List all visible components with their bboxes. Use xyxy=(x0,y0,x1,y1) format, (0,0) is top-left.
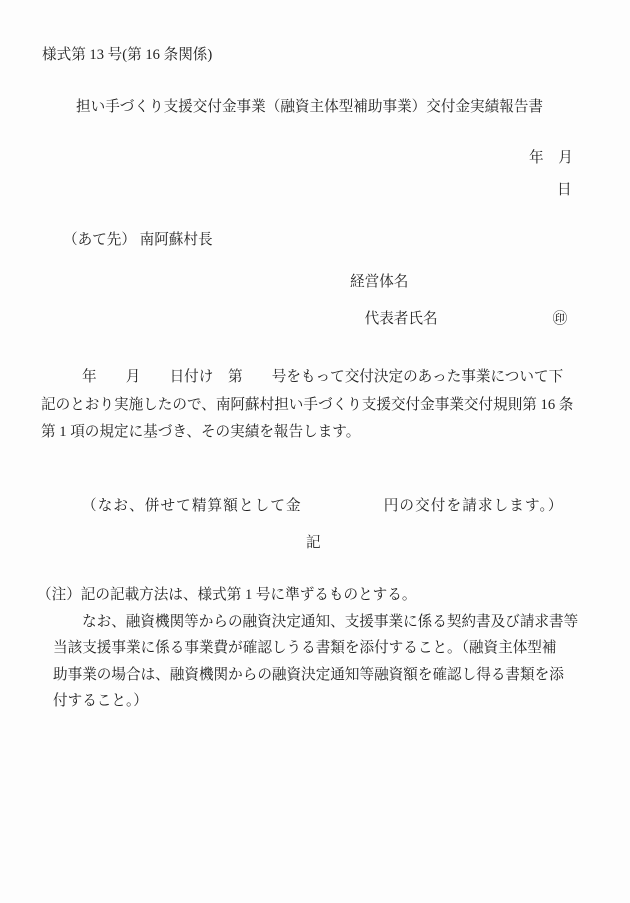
addressee-line: （あて先） 南阿蘇村長 xyxy=(63,232,213,249)
representative-name-label: 代表者氏名 xyxy=(365,311,438,327)
note-line-1: （注）記の記載方法は、様式第 1 号に準ずるものとする。 xyxy=(37,587,416,604)
page-title: 担い手づくり支援交付金事業（融資主体型補助事業）交付金実績報告書 xyxy=(76,99,543,116)
body-paragraph-line-2: 記のとおり実施したので、南阿蘇村担い手づくり支援交付金事業交付規則第 16 条 xyxy=(41,397,573,414)
note-line-5: 付すること。） xyxy=(53,693,148,710)
entity-name-label: 経営体名 xyxy=(350,274,408,291)
settlement-suffix: 円の交付を請求します。） xyxy=(384,498,564,514)
representative-line: 代表者氏名㊞ xyxy=(350,294,567,344)
form-number: 様式第 13 号(第 16 条関係) xyxy=(42,47,212,64)
note-line-2: なお、融資機関等からの融資決定通知、支援事業に係る契約書及び請求書等 xyxy=(82,614,578,631)
settlement-prefix: （なお、併せて精算額として金 xyxy=(82,498,302,514)
section-marker-ki: 記 xyxy=(306,535,321,552)
settlement-request-line: （なお、併せて精算額として金円の交付を請求します。） xyxy=(63,481,564,531)
date-year-month-labels: 年 月 xyxy=(529,150,573,167)
body-paragraph-line-3: 第 1 項の規定に基づき、その実績を報告します。 xyxy=(41,424,360,441)
body-paragraph-line-1: 年 月 日付け 第 号をもって交付決定のあった事業について下 xyxy=(82,369,563,386)
date-day-label: 日 xyxy=(557,182,572,199)
document-page: 様式第 13 号(第 16 条関係) 担い手づくり支援交付金事業（融資主体型補助… xyxy=(0,0,630,903)
note-line-4: 助事業の場合は、融資機関からの融資決定通知等融資額を確認し得る書類を添 xyxy=(53,667,564,684)
seal-mark: ㊞ xyxy=(553,311,568,327)
note-line-3: 当該支援事業に係る事業費が確認しうる書類を添付すること。（融資主体型補 xyxy=(53,640,557,657)
